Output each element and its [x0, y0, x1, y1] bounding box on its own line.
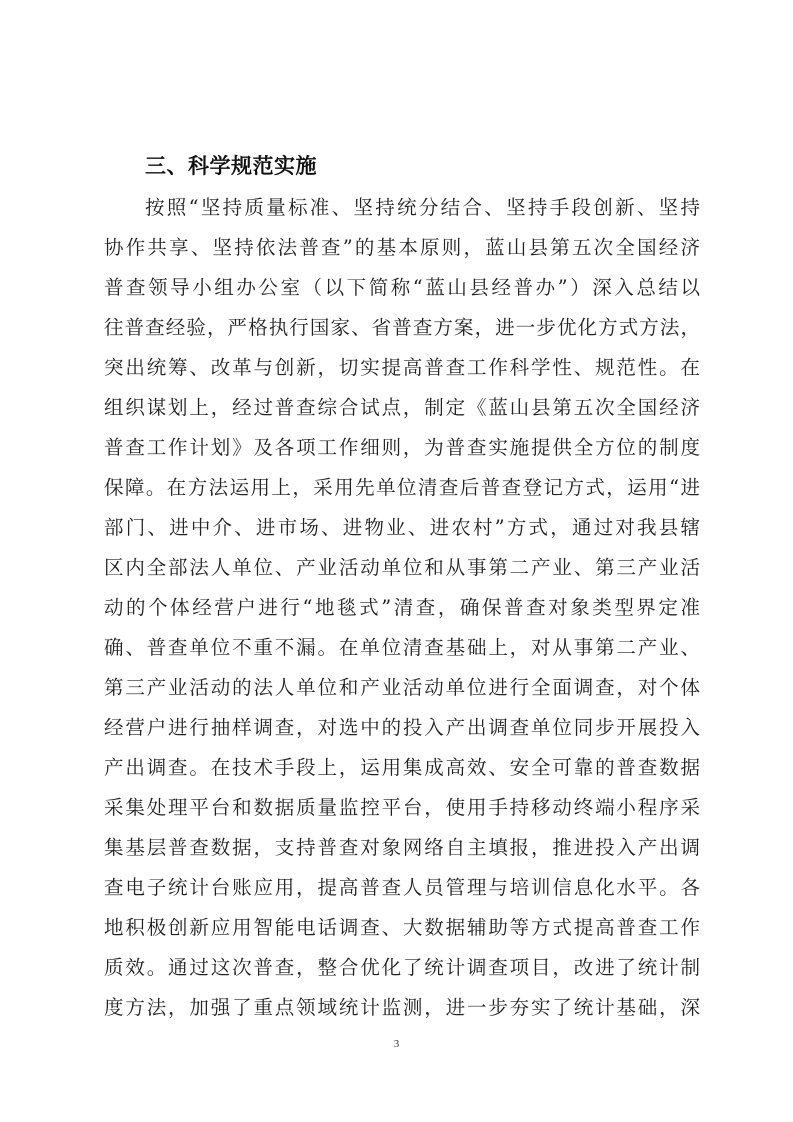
paragraph-line: 突出统筹、改革与创新，切实提高普查工作科学性、规范性。在: [104, 348, 700, 388]
paragraph-line: 动的个体经营户进行“地毯式”清查，确保普查对象类型界定准: [104, 588, 700, 628]
paragraph-line: 产出调查。在技术手段上，运用集成高效、安全可靠的普查数据: [104, 748, 700, 788]
paragraph-line: 区内全部法人单位、产业活动单位和从事第二产业、第三产业活: [104, 548, 700, 588]
paragraph-line: 普查领导小组办公室（以下简称“蓝山县经普办”）深入总结以: [104, 268, 700, 308]
body-paragraph: 按照“坚持质量标准、坚持统分结合、坚持手段创新、坚持 协作共享、坚持依法普查”的…: [104, 188, 700, 1028]
document-page: 三、科学规范实施 按照“坚持质量标准、坚持统分结合、坚持手段创新、坚持 协作共享…: [0, 0, 793, 1122]
paragraph-line: 质效。通过这次普查，整合优化了统计调查项目，改进了统计制: [104, 948, 700, 988]
paragraph-line: 查电子统计台账应用，提高普查人员管理与培训信息化水平。各: [104, 868, 700, 908]
paragraph-line: 第三产业活动的法人单位和产业活动单位进行全面调查，对个体: [104, 668, 700, 708]
paragraph-line: 组织谋划上，经过普查综合试点，制定《蓝山县第五次全国经济: [104, 388, 700, 428]
paragraph-line: 度方法，加强了重点领域统计监测，进一步夯实了统计基础，深: [104, 988, 700, 1028]
paragraph-line: 集基层普查数据，支持普查对象网络自主填报，推进投入产出调: [104, 828, 700, 868]
paragraph-line: 经营户进行抽样调查，对选中的投入产出调查单位同步开展投入: [104, 708, 700, 748]
paragraph-line: 普查工作计划》及各项工作细则，为普查实施提供全方位的制度: [104, 428, 700, 468]
paragraph-line: 按照“坚持质量标准、坚持统分结合、坚持手段创新、坚持: [104, 188, 700, 228]
paragraph-line: 地积极创新应用智能电话调查、大数据辅助等方式提高普查工作: [104, 908, 700, 948]
page-number: 3: [0, 1038, 793, 1050]
section-heading: 三、科学规范实施: [145, 150, 317, 180]
paragraph-line: 协作共享、坚持依法普查”的基本原则，蓝山县第五次全国经济: [104, 228, 700, 268]
paragraph-line: 保障。在方法运用上，采用先单位清查后普查登记方式，运用“进: [104, 468, 700, 508]
paragraph-line: 部门、进中介、进市场、进物业、进农村”方式，通过对我县辖: [104, 508, 700, 548]
paragraph-line: 往普查经验，严格执行国家、省普查方案，进一步优化方式方法，: [104, 308, 700, 348]
paragraph-line: 确、普查单位不重不漏。在单位清查基础上，对从事第二产业、: [104, 628, 700, 668]
paragraph-line: 采集处理平台和数据质量监控平台，使用手持移动终端小程序采: [104, 788, 700, 828]
